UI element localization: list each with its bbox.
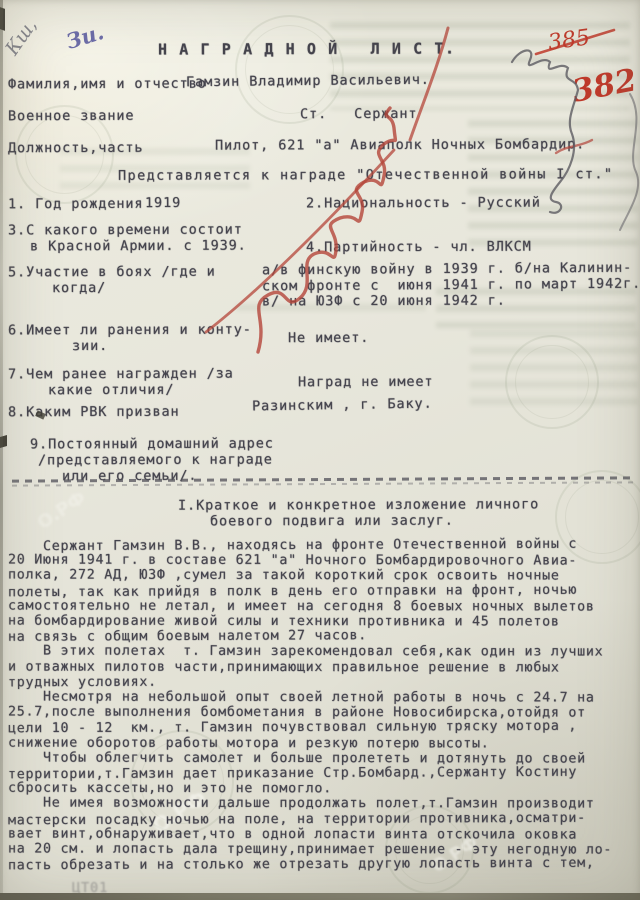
old-page-number-crossed: 385 (546, 25, 591, 56)
field-birth-value: 1919 (145, 195, 181, 211)
body-line: 20 Июня 1941 г. в составе 621 "а" Ночног… (8, 553, 577, 569)
body-line: Сержант Гамзин В.В., находясь на фронте … (8, 537, 577, 554)
section-heading-1: I.Краткое и конкретное изложение личного (178, 496, 539, 513)
field-award-line: Представляется к награде "Отечественной … (118, 166, 614, 184)
field-address-label-1: 9.Постоянный домашний адрес (30, 436, 274, 453)
new-page-number: 382 (569, 62, 639, 110)
field-battles-value-2: ском фронте с июня 1941 г. по март 1942г… (262, 276, 640, 295)
pencil-corner-mark: Кш, (1, 15, 41, 59)
grey-signature-squiggle (512, 50, 578, 212)
document-title: Н А Г Р А Д Н О Й Л И С Т. (158, 39, 456, 58)
body-line: самостоятельно не летал, и имеет на сего… (8, 598, 595, 614)
site-watermark-fragment: О.РФ (34, 487, 90, 534)
field-battles-label-2: когда/ (52, 280, 106, 296)
body-line: В этих полетах т. Гамзин зарекомендовал … (8, 644, 603, 660)
watermark-stamp-ghost (505, 335, 599, 429)
page-left-edge-shadow (0, 0, 3, 900)
field-nationality-line: 2.Национальность - Русский (306, 195, 541, 212)
field-party-line: 4.Партийность - чл. ВЛКСМ (306, 239, 532, 256)
grey-edge-squiggle (620, 94, 638, 230)
section-heading-2: боевого подвига или заслуг. (210, 513, 454, 530)
field-rvk-label: 8.Каким РВК призван (8, 404, 180, 421)
bleedthrough-ghost-text (470, 330, 638, 408)
field-position-value: Пилот, 621 "а" Авиаполк Ночных Бомбардир… (215, 136, 585, 153)
body-line: сбросить кассеты,но и это не помогло. (8, 781, 332, 797)
body-line: вает винт,обнаруживает,что в одной лопас… (8, 826, 577, 842)
field-rvk-value: Разинским , г. Баку. (252, 396, 433, 415)
body-line: пасть обрезать и на столько же отрезать … (8, 856, 595, 874)
body-line: на связь с общим боевым налетом 27 часов… (8, 628, 367, 645)
field-name-label: Фамилия,имя и отчество (8, 76, 207, 93)
field-birth-label: 1. Год рождения (8, 196, 143, 212)
field-rank-label: Военное звание (8, 108, 134, 124)
body-line: территории,т.Гамзин дает приказание Стр.… (8, 765, 577, 782)
field-battles-label-1: 5.Участие в боях /где и (8, 264, 216, 281)
body-line: Чтобы облегчить самолет и больше пролете… (8, 750, 586, 766)
field-address-label-2: /представляемого к награде (38, 452, 273, 469)
field-service-label-1: 3.С какого времени состоит (8, 222, 243, 239)
field-rank-value: Ст. Сержант (300, 106, 417, 122)
body-line: мастерски посадку ночью на поле, на терр… (8, 810, 586, 828)
field-name-value: Гамзин Владимир Васильевич. (186, 72, 430, 91)
field-prev-awards-label-1: 7.Чем ранее награжден /за (8, 366, 234, 383)
body-line: цели 10 - 12 км., т. Гамзин почувствовал… (8, 719, 577, 736)
page-bottom-edge (0, 893, 640, 900)
body-line: на бомбардирование живой силы и техники … (8, 614, 560, 630)
field-wounds-label-1: 6.Имеет ли ранения и конту- (8, 322, 252, 339)
scanned-award-document-page: О.РФ О.РФ О.РФ Кш, Зи. 385 382 Н А Г Р А… (0, 0, 640, 900)
body-line: Несмотря на небольшой опыт своей летной … (8, 689, 595, 705)
body-line: и отважных пилотов части,принимающих пра… (8, 659, 560, 675)
body-line: трудных условиях. (8, 674, 157, 690)
body-line: полка, 272 АД, ЮЗФ ,сумел за такой корот… (8, 568, 560, 584)
field-battles-value-3: в/ на ЮЗФ с 20 июня 1942 г. (262, 293, 506, 310)
field-wounds-value: Не имеет. (288, 330, 369, 346)
body-line: полеты, так как прийдя в полк в день его… (8, 582, 577, 599)
body-line: Не имея возможности дальше продолжать по… (8, 796, 595, 812)
field-position-label: Должность,часть (8, 140, 143, 156)
field-service-label-2: в Красной Армии. с 1939. (30, 238, 247, 255)
field-wounds-label-2: зии. (72, 338, 108, 354)
field-prev-awards-label-2: какие отличия/ (48, 382, 174, 398)
field-prev-awards-value: Наград не имеет (298, 374, 433, 390)
body-line: снижение оборотов работы мотора и резкую… (8, 735, 490, 751)
blue-ink-mark: Зи. (63, 19, 106, 54)
